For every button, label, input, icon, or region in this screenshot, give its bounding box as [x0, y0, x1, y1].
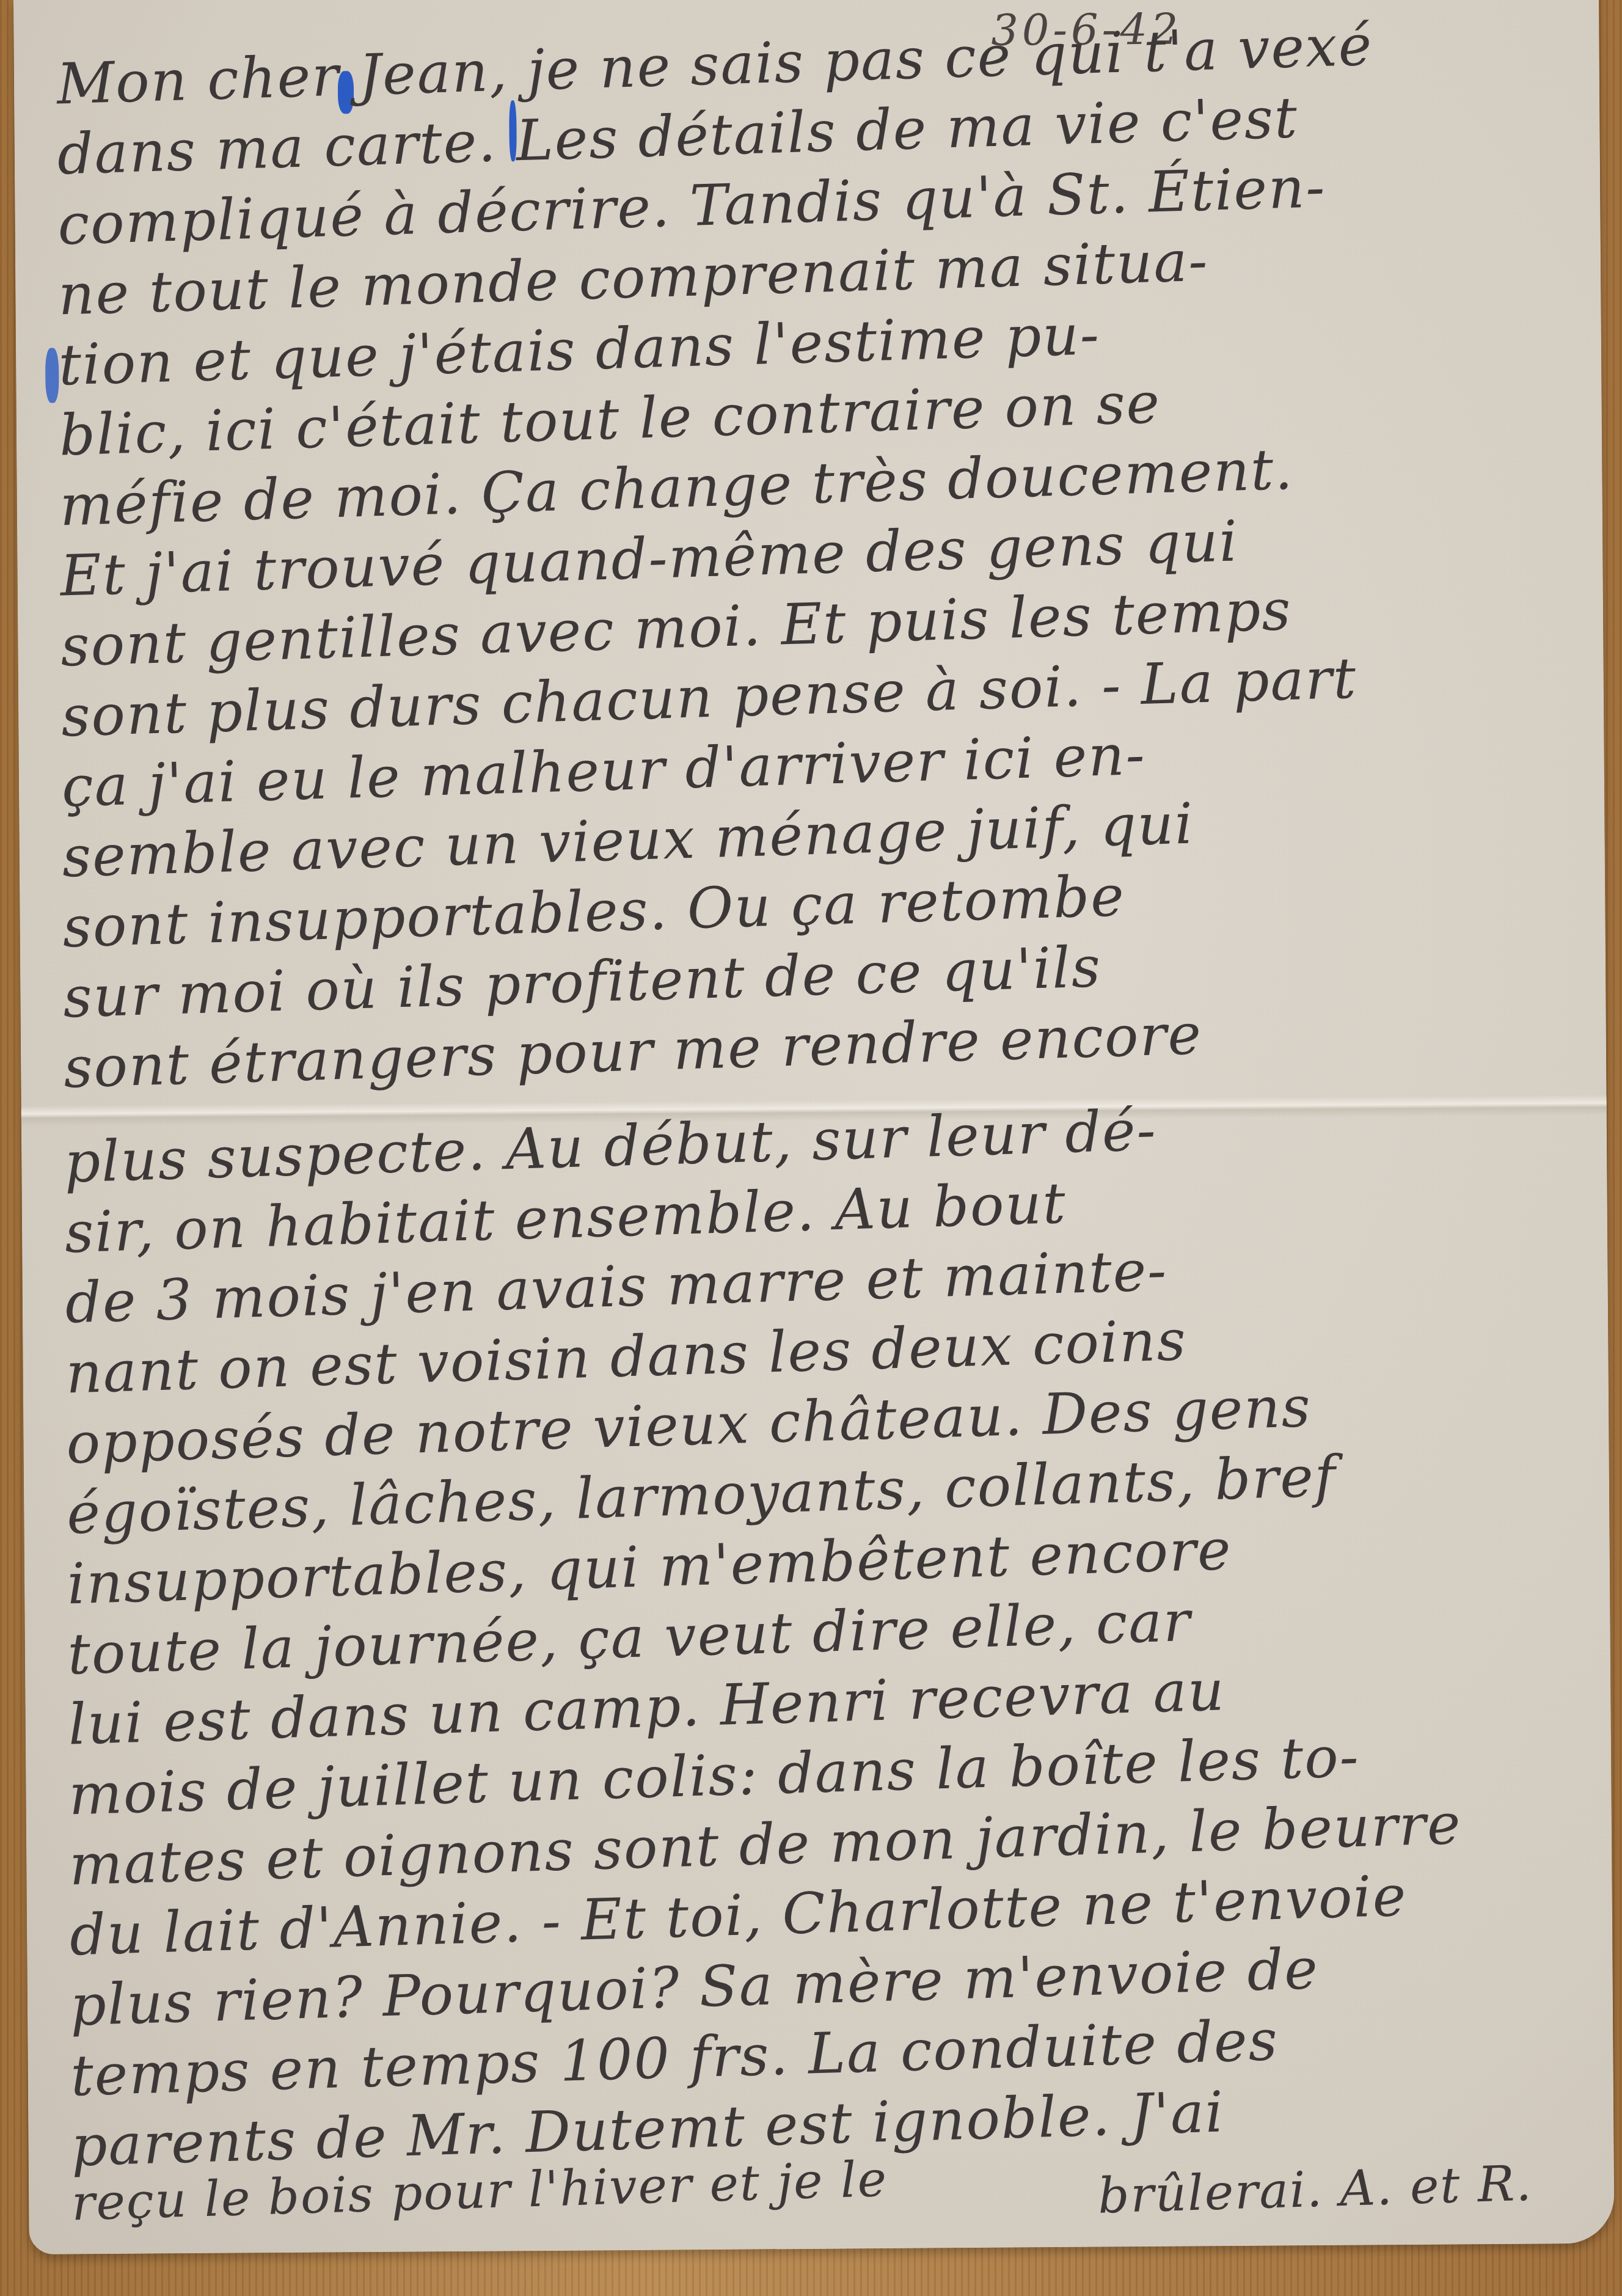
- postcard: 30-6-42 Mon cher Jean, je ne sais pas ce…: [13, 0, 1615, 2254]
- blue-ink-mark-3: [45, 348, 59, 403]
